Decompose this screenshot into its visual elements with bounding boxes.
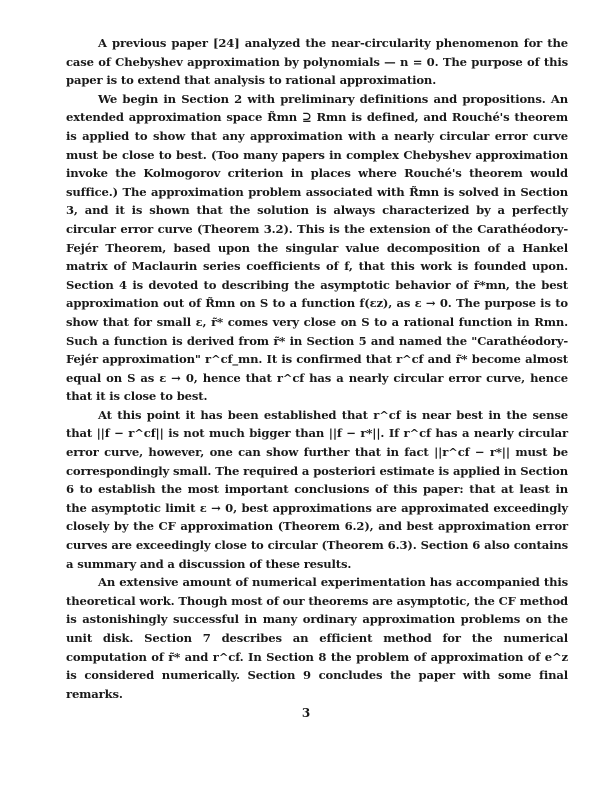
paragraph-1: A previous paper [24] analyzed the near-… — [66, 34, 568, 90]
paragraph-3: At this point it has been established th… — [66, 406, 568, 573]
paper-page: A previous paper [24] analyzed the near-… — [66, 34, 568, 703]
paragraph-4: An extensive amount of numerical experim… — [66, 573, 568, 703]
paragraph-2: We begin in Section 2 with preliminary d… — [66, 90, 568, 406]
page-number: 3 — [0, 706, 612, 720]
